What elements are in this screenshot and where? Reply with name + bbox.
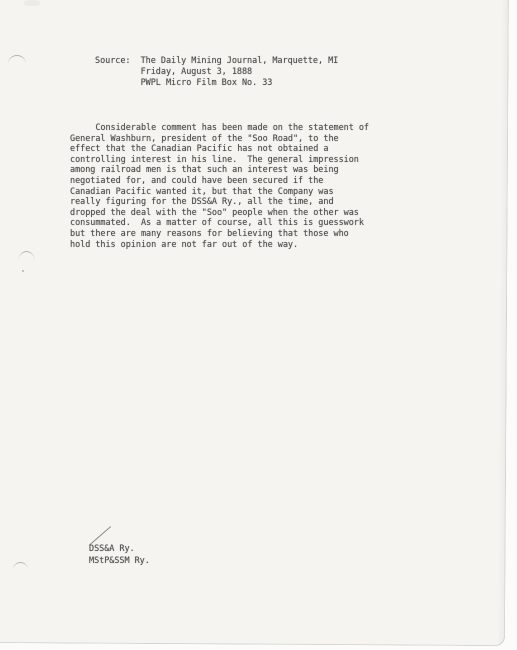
- smudge-mark: [24, 0, 40, 6]
- pencil-dot-mark: [22, 270, 24, 272]
- source-citation: Source: The Daily Mining Journal, Marque…: [95, 56, 338, 89]
- body-paragraph: Considerable comment has been made on th…: [70, 123, 369, 250]
- scan-background: Source: The Daily Mining Journal, Marque…: [0, 0, 517, 650]
- index-annotations: DSS&A Ry. MStP&SSM Ry.: [89, 544, 150, 567]
- paper-sheet: [0, 0, 509, 646]
